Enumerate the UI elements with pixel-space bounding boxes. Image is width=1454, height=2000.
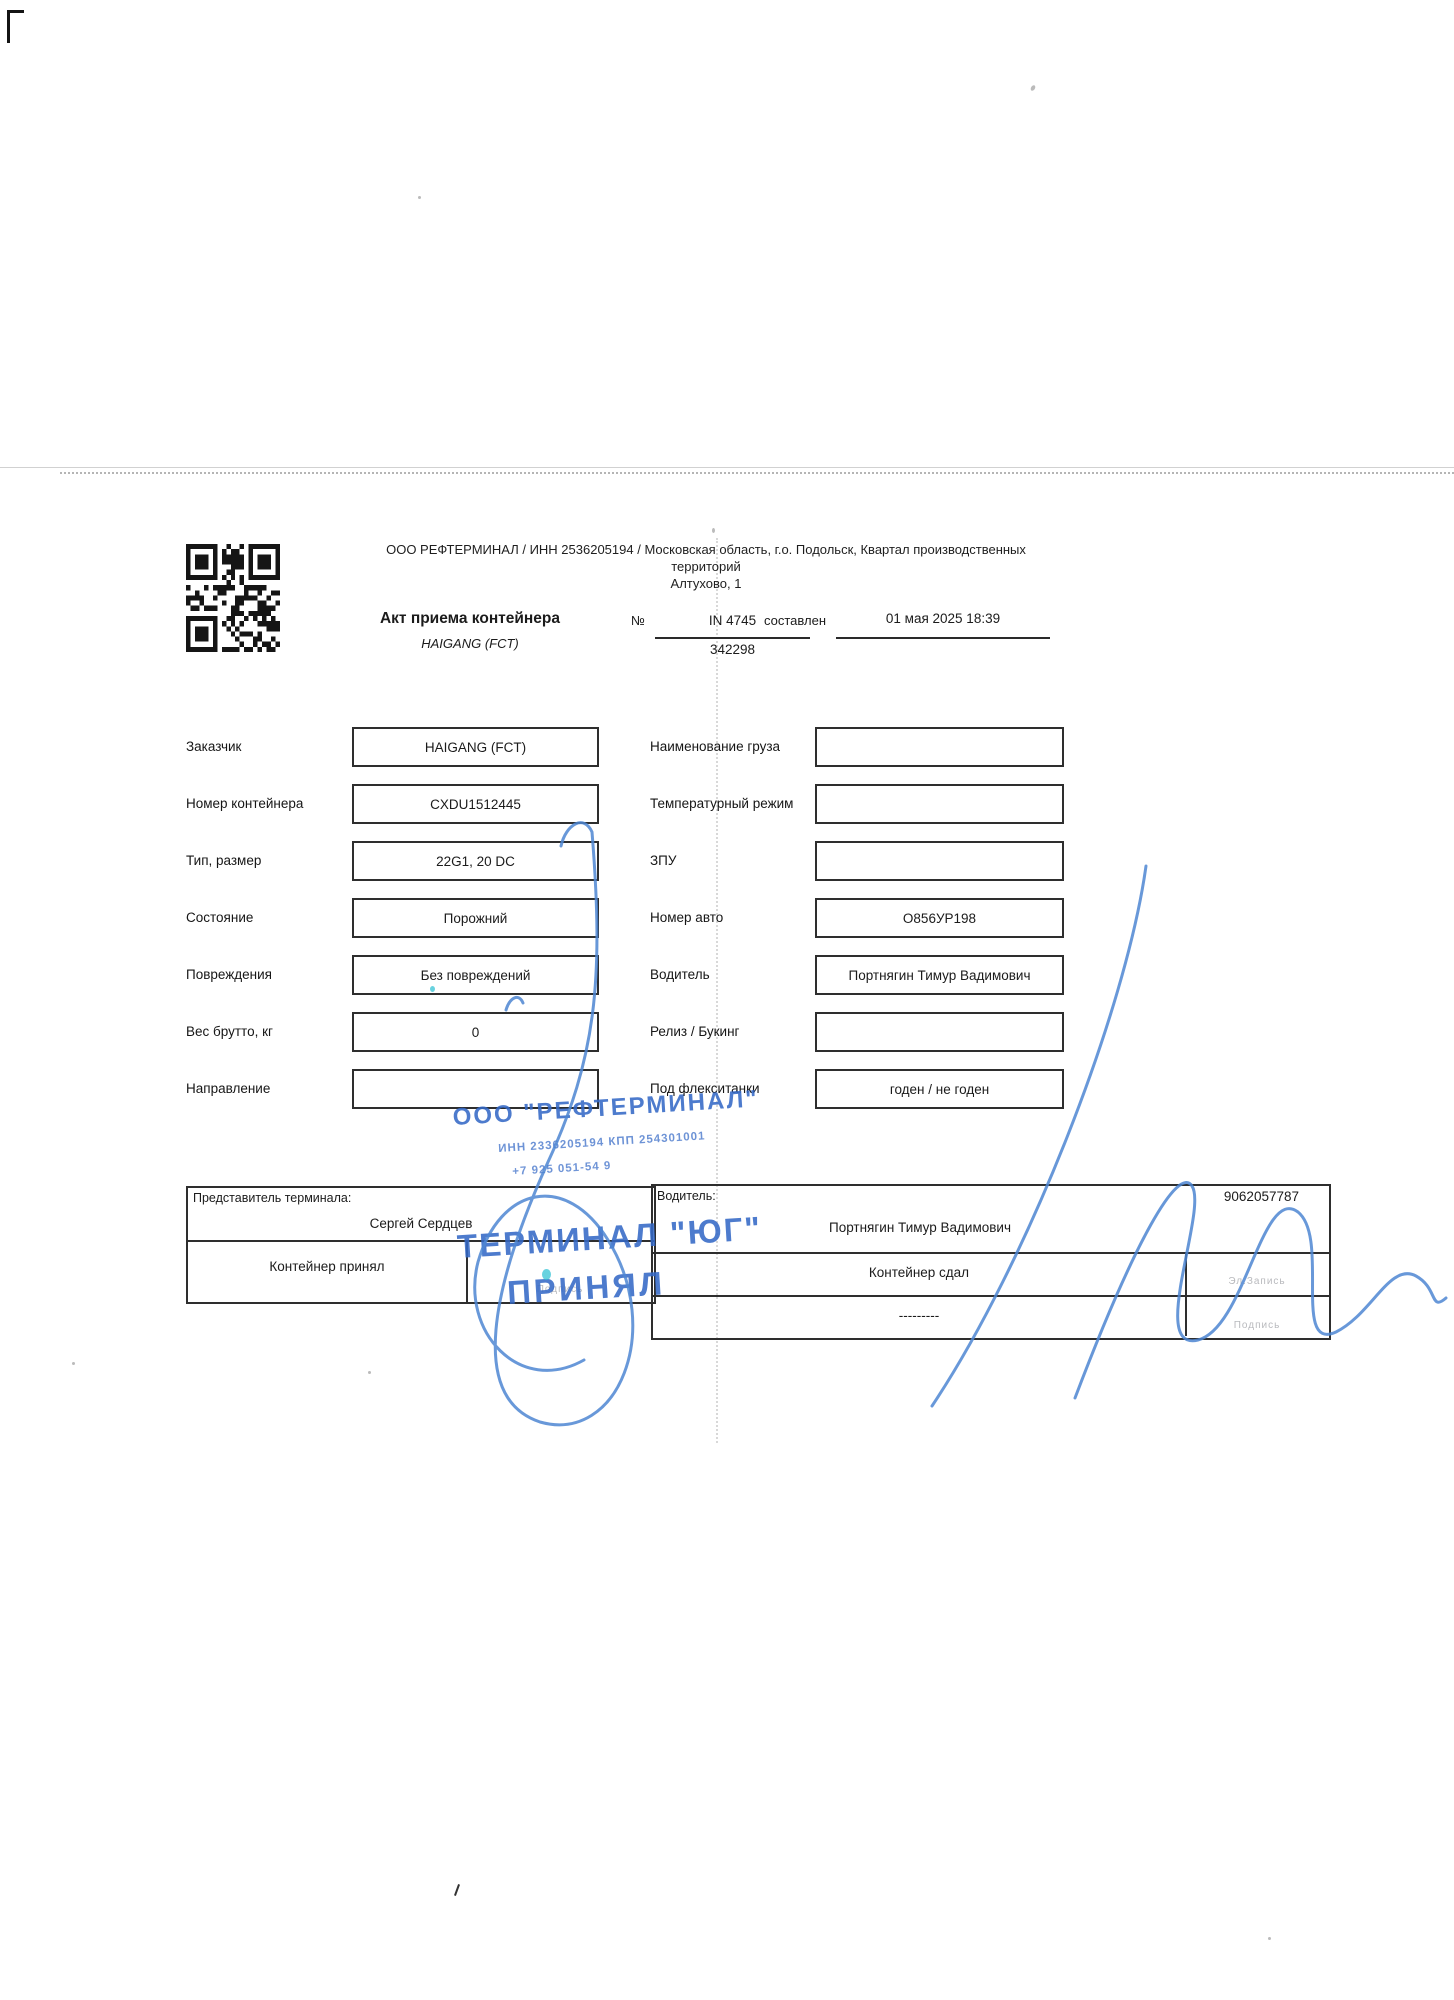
field-value-seal [815, 841, 1064, 881]
scan-speck [72, 1362, 75, 1365]
scan-speck [1030, 84, 1036, 91]
field-label-direction: Направление [186, 1081, 270, 1096]
field-label-gross-weight: Вес брутто, кг [186, 1024, 273, 1039]
field-label-customer: Заказчик [186, 739, 241, 754]
qr-code [186, 544, 280, 652]
field-value-cargo-name [815, 727, 1064, 767]
field-value-customer: HAIGANG (FCT) [352, 727, 599, 767]
field-value-type-size: 22G1, 20 DC [352, 841, 599, 881]
field-label-damages: Повреждения [186, 967, 272, 982]
scan-corner-mark [7, 10, 24, 13]
field-label-release-booking: Релиз / Букинг [650, 1024, 739, 1039]
number-sign-label: № [631, 613, 645, 628]
scan-speck [712, 528, 715, 533]
signature-hint: Эл.Запись [1185, 1276, 1329, 1287]
table-divider [653, 1252, 1329, 1254]
organization-header-line2: Алтухово, 1 [350, 575, 1062, 592]
scan-speck [368, 1371, 371, 1374]
field-value-condition: Порожний [352, 898, 599, 938]
scan-corner-mark [7, 10, 10, 43]
handwritten-signatures [0, 0, 1454, 2000]
field-value-driver: Портнягин Тимур Вадимович [815, 955, 1064, 995]
container-handed-label: Контейнер сдал [653, 1265, 1185, 1280]
scanned-document-page: ООО РЕФТЕРМИНАЛ / ИНН 2536205194 / Моско… [0, 0, 1454, 2000]
ink-speck [430, 986, 435, 992]
field-label-container-number: Номер контейнера [186, 796, 303, 811]
document-title: Акт приема контейнера [330, 610, 610, 628]
field-label-seal: ЗПУ [650, 853, 676, 868]
field-label-type-size: Тип, размер [186, 853, 261, 868]
field-value-container-number: CXDU1512445 [352, 784, 599, 824]
field-label-condition: Состояние [186, 910, 253, 925]
table-divider [653, 1295, 1329, 1297]
field-value-flexitank: годен / не годен [815, 1069, 1064, 1109]
composed-label: составлен [764, 613, 826, 628]
scan-speck [454, 1884, 460, 1896]
container-accepted-label: Контейнер принял [188, 1259, 466, 1274]
horizontal-fold-line [0, 467, 1454, 468]
field-label-cargo-name: Наименование груза [650, 739, 780, 754]
field-value-temperature-mode [815, 784, 1064, 824]
terminal-representative-header: Представитель терминала: [193, 1191, 351, 1205]
driver-table: Водитель: 9062057787 Портнягин Тимур Вад… [651, 1184, 1331, 1340]
document-number-secondary: 342298 [655, 642, 810, 657]
signature-hint: Подпись [1185, 1320, 1329, 1331]
driver-header: Водитель: [657, 1189, 716, 1203]
organization-header-line1: ООО РЕФТЕРМИНАЛ / ИНН 2536205194 / Моско… [350, 541, 1062, 575]
field-label-temperature-mode: Температурный режим [650, 796, 793, 811]
field-value-damages: Без повреждений [352, 955, 599, 995]
scan-speck [418, 196, 421, 199]
driver-phone: 9062057787 [1224, 1189, 1299, 1204]
dashes-placeholder: --------- [653, 1308, 1185, 1323]
field-value-gross-weight: 0 [352, 1012, 599, 1052]
scan-speck [1268, 1937, 1271, 1940]
field-label-vehicle-number: Номер авто [650, 910, 723, 925]
composed-datetime: 01 мая 2025 18:39 [836, 611, 1050, 639]
stamp-inn-kpp: ИНН 2336205194 КПП 254301001 [498, 1130, 706, 1155]
horizontal-fold-perforation [60, 472, 1454, 474]
stamp-phone: +7 925 051-54 9 [512, 1160, 612, 1178]
field-value-vehicle-number: О856УР198 [815, 898, 1064, 938]
document-subtitle: HAIGANG (FCT) [330, 636, 610, 651]
ink-speck [542, 1269, 551, 1280]
field-value-release-booking [815, 1012, 1064, 1052]
signature-stroke [506, 997, 523, 1010]
organization-header: ООО РЕФТЕРМИНАЛ / ИНН 2536205194 / Моско… [350, 541, 1062, 592]
field-label-driver: Водитель [650, 967, 710, 982]
